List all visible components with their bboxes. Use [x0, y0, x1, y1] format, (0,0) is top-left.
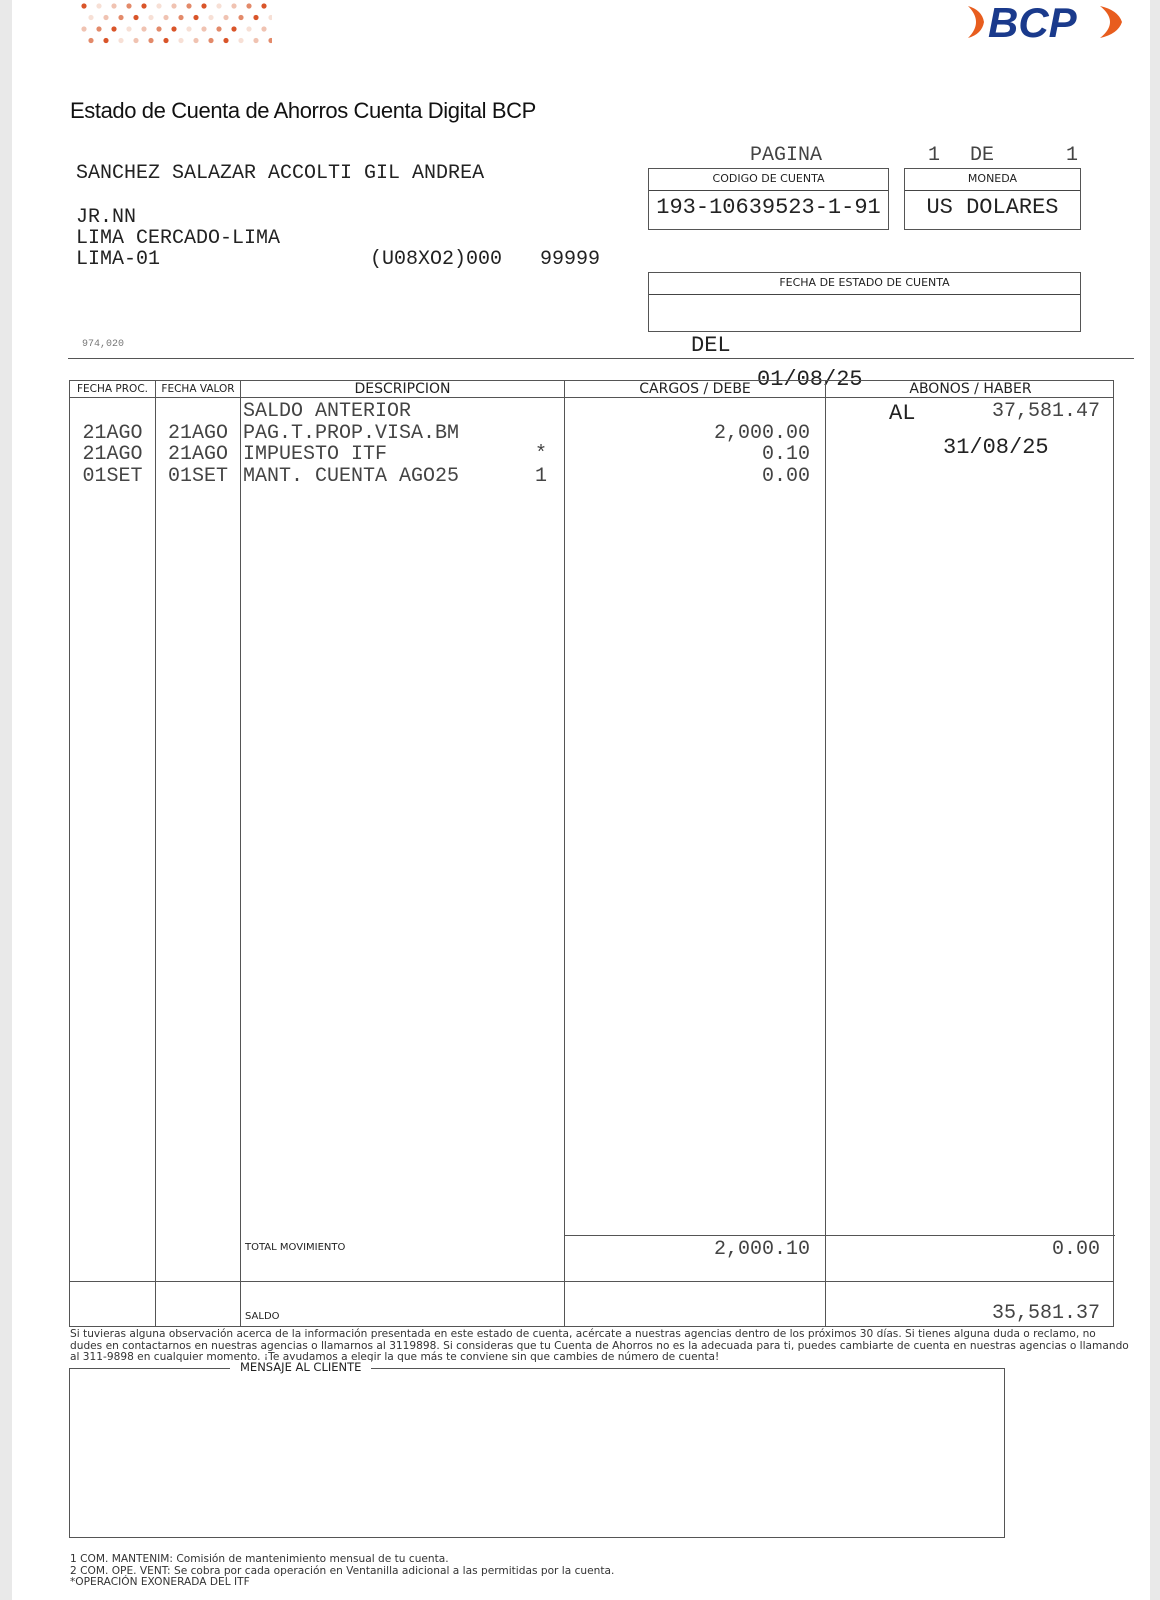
cell-fecha-proc: 21AGO [70, 423, 155, 445]
footnote: 1 COM. MANTENIM: Comisión de mantenimien… [70, 1554, 614, 1566]
cell-cargo: 2,000.00 [565, 423, 810, 445]
footnote: *OPERACIÓN EXONERADA DEL ITF [70, 1577, 614, 1589]
header-descripcion: DESCRIPCION [241, 381, 564, 398]
cell-fecha-proc: 01SET [70, 466, 155, 488]
cell-fecha-valor: 21AGO [156, 444, 240, 466]
statement-period-box: FECHA DE ESTADO DE CUENTA DEL 01/08/25 A… [648, 272, 1081, 332]
currency-label: MONEDA [905, 169, 1080, 191]
client-address-line2: LIMA CERCADO-LIMA [76, 227, 280, 250]
client-name: SANCHEZ SALAZAR ACCOLTI GIL ANDREA [76, 162, 484, 185]
currency-value: US DOLARES [905, 191, 1080, 225]
account-code: 193-10639523-1-91 [649, 191, 888, 225]
cell-marker: * [530, 444, 552, 466]
header-fecha-proc: FECHA PROC. [70, 381, 155, 398]
total-abonos: 0.00 [826, 1239, 1100, 1261]
svg-text:BCP: BCP [988, 0, 1078, 44]
page-of-label: DE [970, 144, 994, 167]
page-total: 1 [1066, 144, 1078, 167]
cell-descripcion: PAG.T.PROP.VISA.BM [243, 423, 543, 445]
document-title: Estado de Cuenta de Ahorros Cuenta Digit… [70, 98, 536, 124]
cell-descripcion: IMPUESTO ITF [243, 444, 543, 466]
statement-period-label: FECHA DE ESTADO DE CUENTA [649, 273, 1080, 295]
account-code-box: CODIGO DE CUENTA 193-10639523-1-91 [648, 168, 889, 230]
cell-fecha-valor: 21AGO [156, 423, 240, 445]
cell-abono: 37,581.47 [826, 401, 1100, 423]
dot-pattern-decoration [72, 0, 272, 50]
page-current: 1 [928, 144, 940, 167]
header-divider [68, 358, 1134, 359]
page-label: PAGINA [750, 144, 822, 167]
cell-fecha-proc: 21AGO [70, 444, 155, 466]
message-box: MENSAJE AL CLIENTE [69, 1368, 1005, 1538]
cell-descripcion: SALDO ANTERIOR [243, 401, 543, 423]
routing-code: (U08XO2)000 [370, 248, 502, 271]
footnotes: 1 COM. MANTENIM: Comisión de mantenimien… [70, 1554, 614, 1589]
cell-fecha-valor: 01SET [156, 466, 240, 488]
header-fecha-valor: FECHA VALOR [156, 381, 240, 398]
reference-number: 974,020 [82, 339, 124, 350]
cell-cargo: 0.00 [565, 466, 810, 488]
statement-period: DEL 01/08/25 AL 31/08/25 [649, 295, 1080, 329]
client-address-line3: LIMA-01 [76, 248, 160, 271]
statement-page: BCP Estado de Cuenta de Ahorros Cuenta D… [12, 0, 1150, 1600]
header-abonos: ABONOS / HABER [826, 381, 1115, 398]
bcp-logo: BCP [962, 0, 1132, 44]
saldo-value: 35,581.37 [826, 1303, 1100, 1325]
transactions-table: FECHA PROC. FECHA VALOR DESCRIPCION CARG… [69, 380, 1114, 1327]
client-address-line1: JR.NN [76, 206, 136, 229]
header-cargos: CARGOS / DEBE [565, 381, 825, 398]
total-movimiento-label: TOTAL MOVIMIENTO [245, 1242, 345, 1253]
total-cargos: 2,000.10 [565, 1239, 810, 1261]
cell-marker: 1 [530, 466, 552, 488]
disclaimer-text: Si tuvieras alguna observación acerca de… [70, 1329, 1130, 1364]
account-code-label: CODIGO DE CUENTA [649, 169, 888, 191]
saldo-label: SALDO [245, 1311, 280, 1322]
cell-descripcion: MANT. CUENTA AGO25 [243, 466, 543, 488]
currency-box: MONEDA US DOLARES [904, 168, 1081, 230]
routing-number: 99999 [540, 248, 600, 271]
message-title: MENSAJE AL CLIENTE [230, 1360, 371, 1374]
cell-cargo: 0.10 [565, 444, 810, 466]
